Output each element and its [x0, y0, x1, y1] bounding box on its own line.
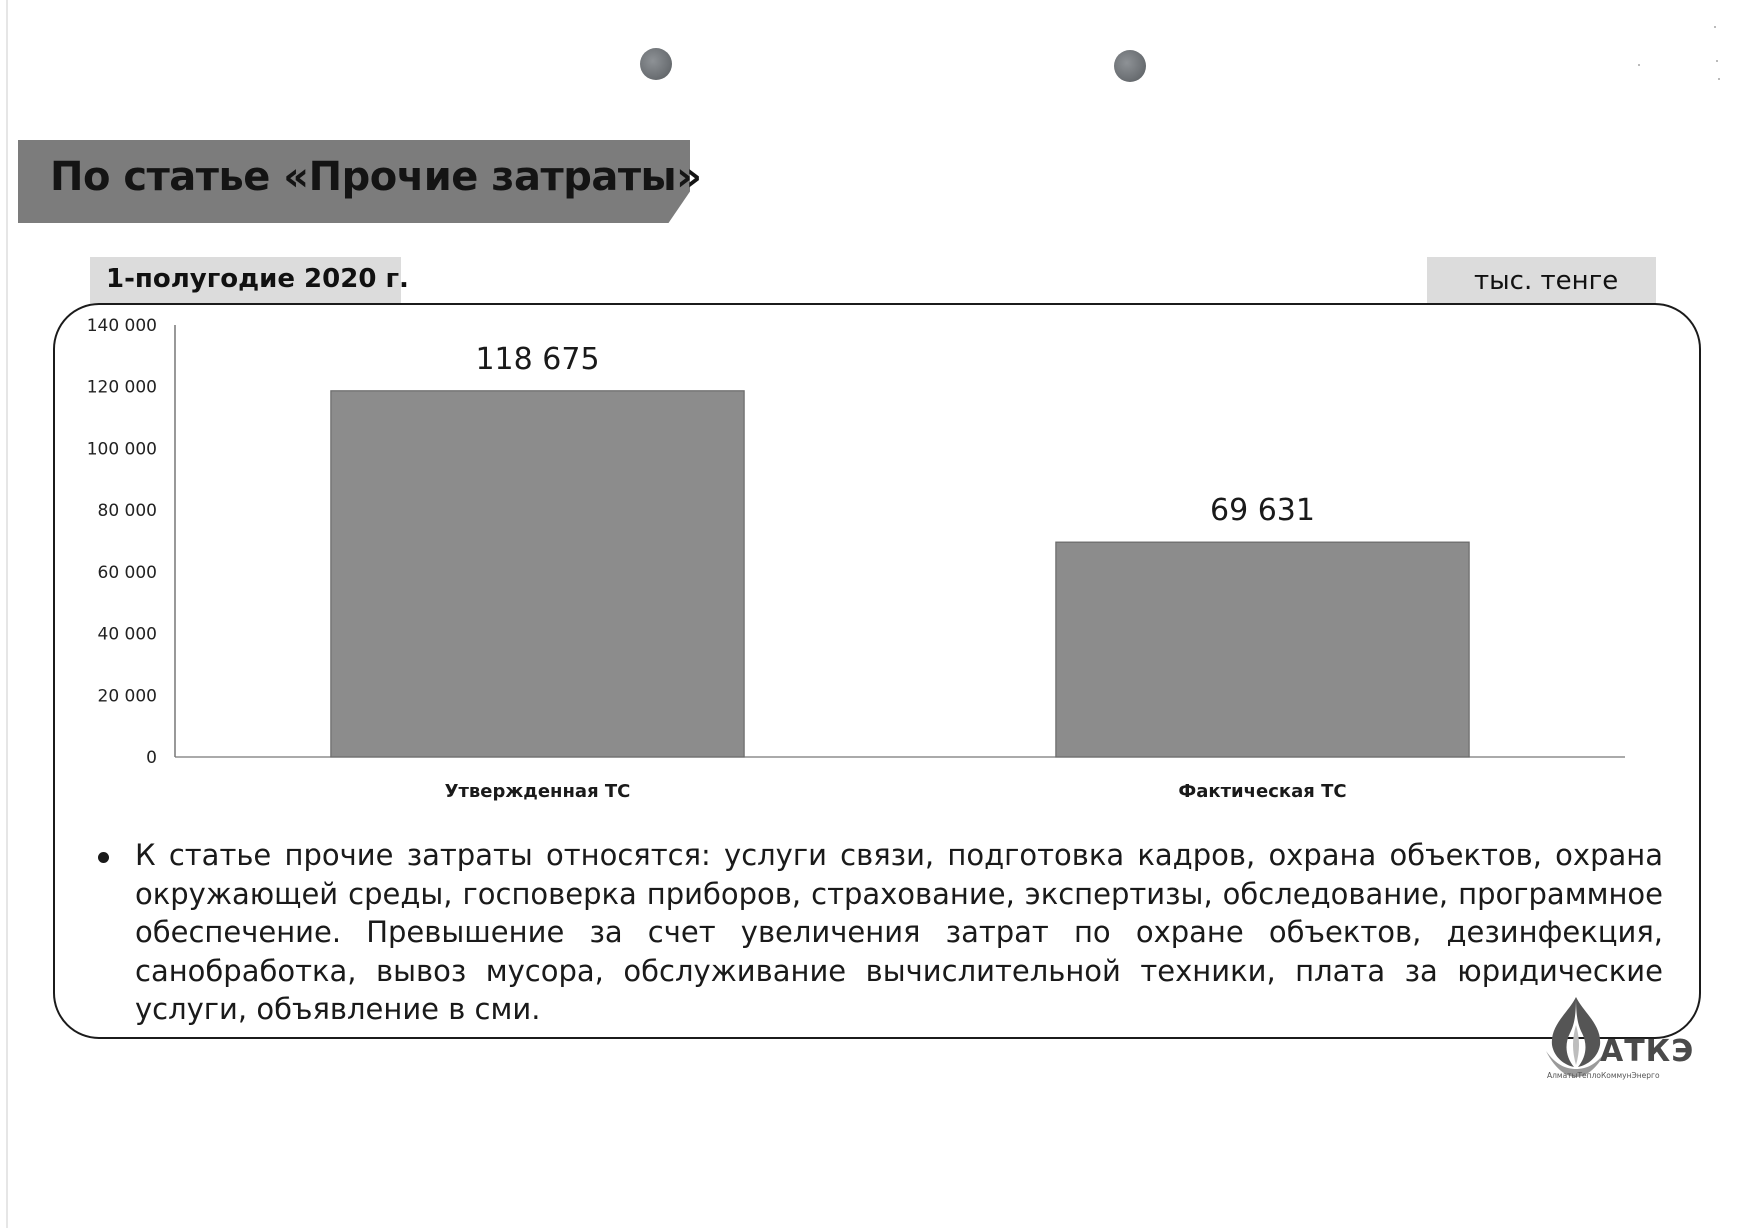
- note-text: К статье прочие затраты относятся: услуг…: [95, 836, 1663, 1029]
- bar-value-label: 118 675: [475, 342, 599, 377]
- y-tick-label: 20 000: [98, 686, 157, 706]
- logo-subtitle: АлматыТеплоКоммунЭнерго: [1547, 1071, 1660, 1080]
- category-label: Утвержденная ТС: [445, 781, 631, 802]
- y-tick-label: 40 000: [98, 625, 157, 645]
- category-label: Фактическая ТС: [1178, 781, 1346, 802]
- y-tick-label: 0: [146, 748, 157, 768]
- bar: [331, 391, 744, 757]
- bar-chart: 020 00040 00060 00080 000100 000120 0001…: [0, 0, 1744, 1228]
- bar: [1056, 542, 1469, 757]
- bar-value-label: 69 631: [1210, 493, 1315, 528]
- y-tick-label: 80 000: [98, 501, 157, 521]
- y-tick-label: 60 000: [98, 563, 157, 583]
- logo-name: АТКЭ: [1600, 1034, 1694, 1069]
- y-tick-label: 140 000: [87, 316, 157, 336]
- y-tick-label: 100 000: [87, 439, 157, 459]
- y-tick-label: 120 000: [87, 378, 157, 398]
